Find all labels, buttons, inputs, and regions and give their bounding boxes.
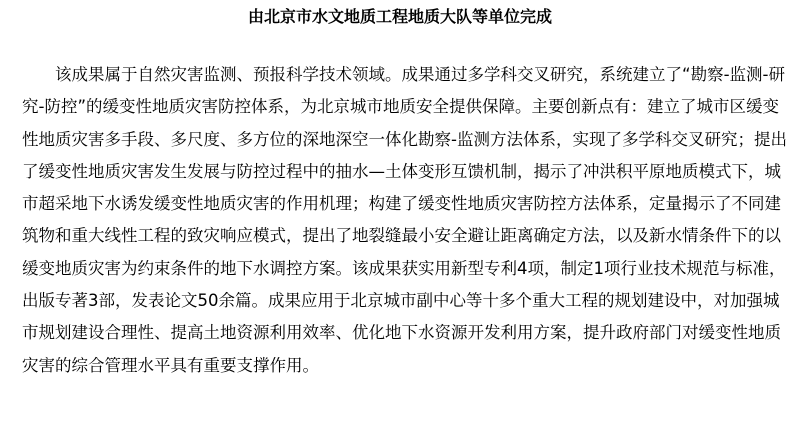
paragraph-line-8: 出版专著3部，发表论文50余篇。成果应用于北京城市副中心等十多个重大工程的规划建… — [22, 290, 770, 322]
paragraph-line-6: 筑物和重大线性工程的致灾响应模式，提出了地裂缝最小安全避让距离确定方法，以及新水… — [22, 225, 770, 257]
paragraph-line-4: 了缓变性地质灾害发生发展与防控过程中的抽水—土体变形互馈机制，揭示了冲洪积平原地… — [22, 161, 770, 193]
paragraph-line-9: 市规划建设合理性、提高土地资源利用效率、优化地下水资源开发利用方案，提升政府部门… — [22, 322, 770, 354]
paragraph-line-10: 灾害的综合管理水平具有重要支撑作用。 — [22, 355, 770, 387]
document-title: 由北京市水文地质工程地质大队等单位完成 — [0, 6, 800, 28]
paragraph-line-2: 究-防控”的缓变性地质灾害防控体系，为北京城市地质安全提供保障。主要创新点有：建… — [22, 96, 770, 128]
paragraph-line-5: 市超采地下水诱发缓变性地质灾害的作用机理；构建了缓变性地质灾害防控方法体系，定量… — [22, 193, 770, 225]
paragraph-line-7: 缓变地质灾害为约束条件的地下水调控方案。该成果获实用新型专利4项，制定1项行业技… — [22, 258, 770, 290]
paragraph-line-1: 该成果属于自然灾害监测、预报科学技术领域。成果通过多学科交叉研究，系统建立了“勘… — [22, 64, 770, 96]
paragraph-line-3: 性地质灾害多手段、多尺度、多方位的深地深空一体化勘察-监测方法体系，实现了多学科… — [22, 129, 770, 161]
body-paragraph: 该成果属于自然灾害监测、预报科学技术领域。成果通过多学科交叉研究，系统建立了“勘… — [22, 64, 770, 387]
